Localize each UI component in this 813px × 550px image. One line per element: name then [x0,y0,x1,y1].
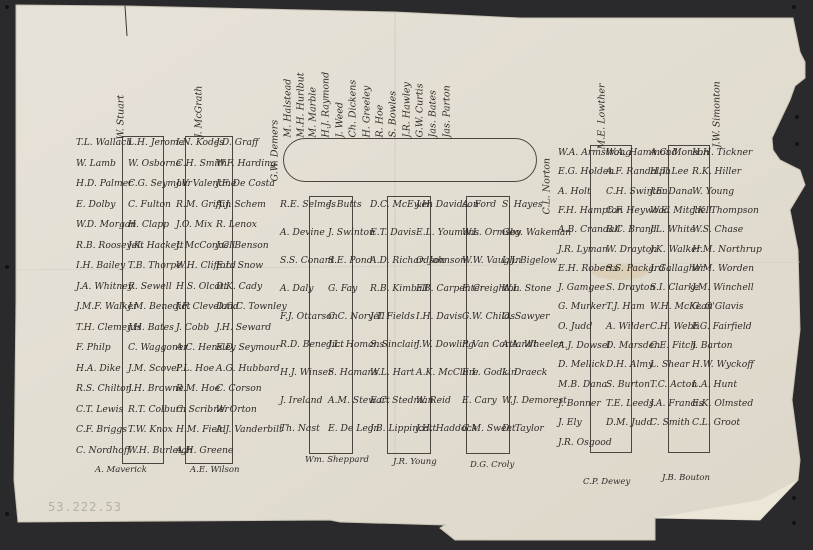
seat-name: A.G. Hubbard [216,364,280,373]
head-seat: M.H. Hurlbut [297,72,307,137]
seat-name: S.S. Conant [280,256,334,265]
seat-name: C. Smith [650,418,690,427]
seat-name: W.M. Worden [692,264,754,273]
seat-name: O. Johnson [416,256,466,265]
seat-name: J.M. Winchell [692,283,754,292]
seat-name: J.H. Seward [216,323,271,332]
seat-name: J. Cobb [176,323,209,332]
seat-name: Th. Nast [280,424,320,433]
seat-name: D.K. Cady [216,282,262,291]
mount-pin [795,115,799,119]
seat-name: J. Swinton [328,228,375,237]
table-foot-name: J.B. Bouton [662,473,710,483]
head-table [283,138,537,182]
seat-name: H.M. Northrup [692,245,762,254]
head-seat: H. Greeley [363,86,373,138]
seat-name: W.S. Chase [692,225,743,234]
seat-name: S. Drayton [606,283,655,292]
seat-name: C. Fulton [128,200,171,209]
seat-name: L.A. Hunt [692,380,737,389]
head-seat: H.J. Raymond [322,72,332,138]
seat-name: T.C. Acton [650,380,697,389]
table-foot-name: D.G. Croly [470,460,514,470]
head-table-left-end: G.W. Demers [271,120,281,182]
seat-name: H.A. Dike [76,364,121,373]
seat-name: J.M. Scovel [128,364,180,373]
seat-name: R.M. Hoe [176,384,220,393]
seat-name: L.J. Bigelow [502,256,557,265]
seat-name: L. Shear [650,360,689,369]
seat-name: R.K. Hiller [692,167,741,176]
seat-name: J.O. Mix [176,220,212,229]
table-head-name: W. Stuart [117,95,127,140]
seat-name: E.K. Olmsted [692,399,753,408]
seat-name: J. Gamgee [558,283,605,292]
head-seat: G.W. Curtis [416,83,426,137]
seat-name: J. Bonner [558,399,601,408]
seat-name: E. Cary [462,396,497,405]
seat-name: D.H. Almy [606,360,653,369]
mount-pin [5,512,9,516]
seat-name: H.T. Lee [650,167,689,176]
head-seat: M. Marble [309,87,319,137]
seat-name: R. Sewell [128,282,172,291]
seat-name: S. Sinclair [370,340,418,349]
seat-name: I.H. Davis [416,312,462,321]
seat-name: A.J. Vanderbilt [216,425,283,434]
seat-name: T.J. Ham [606,302,645,311]
seat-name: A.J. Schem [216,200,266,209]
table-foot-name: A.E. Wilson [190,465,239,475]
seat-name: D.O.C. Townley [216,302,287,311]
head-seat: M. Halstead [284,79,294,138]
seat-name: A.H. Greene [176,446,233,455]
head-seat: J.R. Hawley [403,82,413,137]
seat-name: D. Taylor [502,424,544,433]
table-foot-name: Wm. Sheppard [305,455,369,465]
seat-name: D.M. Judd [606,418,653,427]
seat-name: W.L. Hart [370,368,414,377]
seat-name: W.F. Harding [216,159,276,168]
seat-name: J.R. Osgood [558,438,612,447]
table-foot-name: C.P. Dewey [583,477,630,487]
seat-name: H.J. Winser [280,368,332,377]
table-head-name: J. McGrath [195,86,205,138]
mount-pin [792,5,796,9]
seat-name: J. Ireland [280,396,322,405]
seat-name: H.W. Wyckoff [692,360,754,369]
seat-name: A. Daly [280,284,313,293]
seat-name: H.D. Palmer [76,179,133,188]
seat-name: D. Mellick [558,360,605,369]
seat-name: G. Fay [328,284,357,293]
head-seat: S. Bowles [389,91,399,138]
seat-name: W. Osborne [128,159,181,168]
table-foot-name: A. Maverick [95,465,147,475]
seat-name: J.D. Graff [216,138,259,147]
seat-name: F.G. Fairfield [692,322,752,331]
seat-name: C. Corson [216,384,262,393]
seat-name: A.J. Dowsel [558,341,610,350]
seat-name: L. Draeck [502,368,547,377]
seat-name: J.H. Bates [128,323,174,332]
seat-name: J.K. Thompson [692,206,759,215]
seat-name: I.H. Bailey [76,261,125,270]
head-seat: J. Weed [336,102,346,137]
seat-name: C.F. Briggs [76,425,127,434]
seat-name: S. Hayes [502,200,543,209]
seat-name: T.E. Leeds [606,399,654,408]
table-foot-name: J.R. Young [393,457,437,467]
seat-name: F. Philp [76,343,111,352]
seat-name: A. Holt [558,187,591,196]
seat-name: W. Reid [416,396,451,405]
table-head-name: J.W. Simonton [713,81,723,147]
seat-name: A. Ford [462,200,496,209]
seat-name: T.W. Knox [128,425,173,434]
head-seat: Jas. Parton [443,85,453,137]
seat-name: W. Young [692,187,734,196]
seat-name: R.S. Chilton [76,384,132,393]
seat-name: C.T. Lewis [76,405,123,414]
mount-pin [792,496,796,500]
mount-pin [792,521,796,525]
head-seat: R. Hoe [376,105,386,138]
mount-pin [795,142,799,146]
seat-name: C. Nordhoff [76,446,130,455]
seat-name: O. Judd [558,322,592,331]
seat-name: H.H. Tickner [692,148,752,157]
seat-name: O. Sawyer [502,312,550,321]
seat-name: E.L. Snow [216,261,263,270]
seat-name: W.L. Stone [502,284,552,293]
seat-name: S. Burton [606,380,650,389]
seat-name: J.R. Lyman [558,245,608,254]
seat-name: J.L. White [650,225,695,234]
seat-name: G. O'Glavis [692,302,744,311]
seat-name: A. Devine [280,228,325,237]
seat-name: C.L. Groot [692,418,740,427]
head-seat: Jas. Bates [429,90,439,137]
seat-name: J.C. Benson [216,241,269,250]
head-table-right-end: C.L. Norton [543,158,553,215]
seat-name: J.E. Dana [650,187,693,196]
seat-name: G. Murker [558,302,606,311]
seat-name: A. Wilder [606,322,649,331]
seat-name: S.E. Pond [328,256,373,265]
seat-name: J.T. Fields [370,312,415,321]
seat-name: W. Lamb [76,159,116,168]
table-head-name: M.E. Lowther [598,84,608,150]
seat-name: H. Clapp [128,220,169,229]
seat-name: E.D. Seymour [216,343,280,352]
seat-name: A.A. Wheeler [502,340,563,349]
seat-name: T.B. Thorpe [128,261,182,270]
seat-name: J. Butts [328,200,362,209]
head-seat: Ch. Dickens [349,80,359,138]
seat-name: M.B. Dana [558,380,607,389]
mount-pin [5,265,9,269]
seat-name: J.A. Whitney [76,282,133,291]
catalog-stamp: 53.222.53 [48,500,122,514]
seat-name: J. Barton [692,341,733,350]
seat-name: J. Ely [558,418,582,427]
seat-name: R. Lenox [216,220,257,229]
seat-name: E. Dolby [76,200,115,209]
seat-name: C.E. Fitch [650,341,696,350]
mount-pin [5,5,9,9]
seat-name: P.L. Hoe [176,364,214,373]
seat-name: J.F. De Costa [216,179,275,188]
seat-name: W. Orton [216,405,257,414]
seat-name: E.T. Davis [370,228,416,237]
